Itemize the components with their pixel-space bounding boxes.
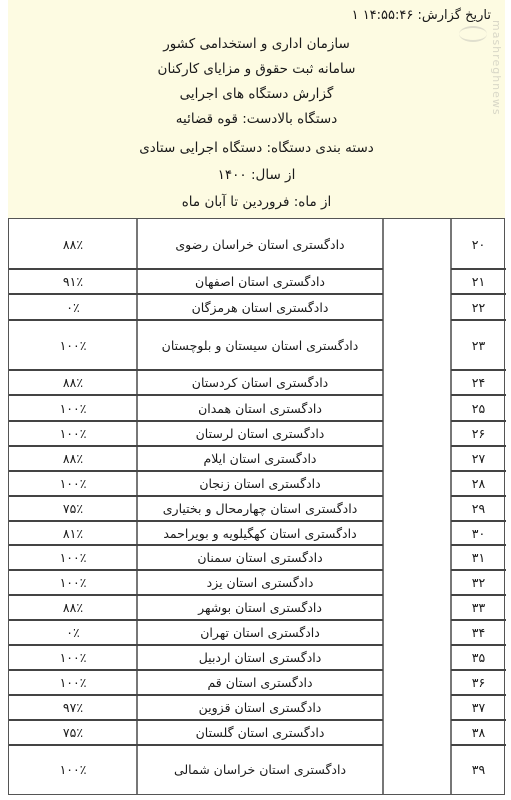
row-divider — [451, 644, 506, 646]
table-row: ۱۰۰٪دادگستری استان قم۳۶ — [9, 670, 504, 695]
table-row: ۹۱٪دادگستری استان اصفهان۲۱ — [9, 269, 504, 294]
row-divider — [9, 369, 383, 371]
percentage-cell: ۷۵٪ — [9, 720, 137, 745]
row-divider — [9, 719, 383, 721]
agency-name-cell: دادگستری استان سمنان — [137, 545, 383, 570]
row-divider — [9, 470, 383, 472]
percentage-cell: ۸۸٪ — [9, 219, 137, 269]
agency-name-cell: دادگستری استان خراسان رضوی — [137, 219, 383, 269]
row-number-cell: ۳۳ — [451, 595, 506, 620]
row-number-cell: ۲۷ — [451, 446, 506, 471]
agency-name-cell: دادگستری استان اصفهان — [137, 269, 383, 294]
table-row: ۹۷٪دادگستری استان قزوین۳۷ — [9, 695, 504, 720]
row-divider — [451, 445, 506, 447]
row-number-cell: ۲۰ — [451, 219, 506, 269]
table-row: ۱۰۰٪دادگستری استان سیستان و بلوچستان۲۳ — [9, 320, 504, 370]
percentage-cell: ۹۱٪ — [9, 269, 137, 294]
agency-name-cell: دادگستری استان همدان — [137, 395, 383, 421]
agency-name-cell: دادگستری استان بوشهر — [137, 595, 383, 620]
percentage-cell: ۸۱٪ — [9, 521, 137, 545]
row-number-cell: ۲۹ — [451, 496, 506, 521]
percentage-cell: ۱۰۰٪ — [9, 471, 137, 496]
agency-name-cell: دادگستری استان لرستان — [137, 421, 383, 446]
device-category: دسته بندی دستگاه: دستگاه اجرایی ستادی — [8, 140, 505, 156]
row-divider — [9, 569, 383, 571]
row-divider — [451, 495, 506, 497]
row-divider — [9, 644, 383, 646]
row-number-cell: ۲۲ — [451, 294, 506, 320]
row-divider — [9, 293, 383, 295]
row-divider — [451, 594, 506, 596]
row-divider — [9, 394, 383, 396]
table-row: ۰٪دادگستری استان تهران۳۴ — [9, 620, 504, 645]
row-divider — [451, 694, 506, 696]
percentage-cell: ۱۰۰٪ — [9, 745, 137, 794]
agency-name-cell: دادگستری استان ایلام — [137, 446, 383, 471]
row-divider — [9, 445, 383, 447]
row-number-cell: ۳۰ — [451, 521, 506, 545]
table-row: ۷۵٪دادگستری استان گلستان۳۸ — [9, 720, 504, 745]
table-row: ۱۰۰٪دادگستری استان لرستان۲۶ — [9, 421, 504, 446]
agency-name-cell: دادگستری استان کهگیلویه و بویراحمد — [137, 521, 383, 545]
row-number-cell: ۲۴ — [451, 370, 506, 395]
table-row: ۸۸٪دادگستری استان کردستان۲۴ — [9, 370, 504, 395]
agency-name-cell: دادگستری استان اردبیل — [137, 645, 383, 670]
percentage-cell: ۱۰۰٪ — [9, 395, 137, 421]
row-divider — [9, 619, 383, 621]
row-divider — [451, 369, 506, 371]
row-divider — [451, 268, 506, 270]
percentage-cell: ۱۰۰٪ — [9, 645, 137, 670]
row-divider — [9, 694, 383, 696]
row-divider — [9, 544, 383, 546]
row-divider — [9, 319, 383, 321]
percentage-cell: ۹۷٪ — [9, 695, 137, 720]
agency-name-cell: دادگستری استان قزوین — [137, 695, 383, 720]
row-divider — [9, 420, 383, 422]
table-row: ۱۰۰٪دادگستری استان همدان۲۵ — [9, 395, 504, 421]
report-header: تاریخ گزارش: ۱۴:۵۵:۴۶ ۱ mashreghnews ساز… — [8, 0, 505, 218]
table-row: ۱۰۰٪دادگستری استان اردبیل۳۵ — [9, 645, 504, 670]
row-divider — [9, 268, 383, 270]
row-number-cell: ۳۱ — [451, 545, 506, 570]
row-divider — [451, 520, 506, 522]
row-number-cell: ۳۴ — [451, 620, 506, 645]
table-row: ۸۸٪دادگستری استان بوشهر۳۳ — [9, 595, 504, 620]
row-divider — [451, 420, 506, 422]
row-divider — [451, 319, 506, 321]
table-row: ۱۰۰٪دادگستری استان خراسان شمالی۳۹ — [9, 745, 504, 794]
row-number-cell: ۳۷ — [451, 695, 506, 720]
row-divider — [451, 619, 506, 621]
agency-name-cell: دادگستری استان قم — [137, 670, 383, 695]
agency-name-cell: دادگستری استان کردستان — [137, 370, 383, 395]
agencies-table: ۸۸٪دادگستری استان خراسان رضوی۲۰۹۱٪دادگست… — [8, 218, 505, 795]
agency-name-cell: دادگستری استان چهارمحال و بختیاری — [137, 496, 383, 521]
table-row: ۸۸٪دادگستری استان ایلام۲۷ — [9, 446, 504, 471]
row-divider — [451, 470, 506, 472]
percentage-cell: ۱۰۰٪ — [9, 320, 137, 370]
percentage-cell: ۱۰۰٪ — [9, 570, 137, 595]
row-number-cell: ۲۱ — [451, 269, 506, 294]
report-date: تاریخ گزارش: ۱۴:۵۵:۴۶ ۱ — [352, 8, 491, 23]
year-range: از سال: ۱۴۰۰ — [8, 167, 505, 183]
table-row: ۱۰۰٪دادگستری استان زنجان۲۸ — [9, 471, 504, 496]
row-number-cell: ۳۹ — [451, 745, 506, 794]
table-row: ۱۰۰٪دادگستری استان سمنان۳۱ — [9, 545, 504, 570]
percentage-cell: ۱۰۰٪ — [9, 421, 137, 446]
percentage-cell: ۱۰۰٪ — [9, 670, 137, 695]
row-divider — [451, 719, 506, 721]
row-number-cell: ۳۸ — [451, 720, 506, 745]
row-number-cell: ۳۶ — [451, 670, 506, 695]
table-row: ۸۸٪دادگستری استان خراسان رضوی۲۰ — [9, 219, 504, 269]
agency-name-cell: دادگستری استان سیستان و بلوچستان — [137, 320, 383, 370]
row-divider — [451, 293, 506, 295]
report-title: گزارش دستگاه های اجرایی — [8, 86, 505, 102]
percentage-cell: ۰٪ — [9, 620, 137, 645]
table-row: ۸۱٪دادگستری استان کهگیلویه و بویراحمد۳۰ — [9, 521, 504, 545]
percentage-cell: ۸۸٪ — [9, 446, 137, 471]
row-number-cell: ۲۶ — [451, 421, 506, 446]
row-divider — [9, 520, 383, 522]
row-number-cell: ۳۵ — [451, 645, 506, 670]
parent-org: دستگاه بالادست: قوه قضائیه — [8, 111, 505, 127]
row-number-cell: ۳۲ — [451, 570, 506, 595]
percentage-cell: ۱۰۰٪ — [9, 545, 137, 570]
percentage-cell: ۸۸٪ — [9, 595, 137, 620]
row-divider — [451, 569, 506, 571]
agency-name-cell: دادگستری استان یزد — [137, 570, 383, 595]
row-number-cell: ۲۸ — [451, 471, 506, 496]
table-row: ۷۵٪دادگستری استان چهارمحال و بختیاری۲۹ — [9, 496, 504, 521]
agency-name-cell: دادگستری استان تهران — [137, 620, 383, 645]
row-number-cell: ۲۳ — [451, 320, 506, 370]
row-divider — [451, 744, 506, 746]
percentage-cell: ۷۵٪ — [9, 496, 137, 521]
agency-name-cell: دادگستری استان زنجان — [137, 471, 383, 496]
row-divider — [9, 669, 383, 671]
table-row: ۰٪دادگستری استان هرمزگان۲۲ — [9, 294, 504, 320]
row-number-cell: ۲۵ — [451, 395, 506, 421]
agency-name-cell: دادگستری استان گلستان — [137, 720, 383, 745]
system-name: سامانه ثبت حقوق و مزایای کارکنان — [8, 61, 505, 77]
row-divider — [451, 394, 506, 396]
agency-name-cell: دادگستری استان هرمزگان — [137, 294, 383, 320]
row-divider — [9, 495, 383, 497]
agency-name-cell: دادگستری استان خراسان شمالی — [137, 745, 383, 794]
month-range: از ماه: فروردین تا آبان ماه — [8, 194, 505, 210]
row-divider — [451, 669, 506, 671]
row-divider — [451, 544, 506, 546]
row-divider — [9, 744, 383, 746]
table-row: ۱۰۰٪دادگستری استان یزد۳۲ — [9, 570, 504, 595]
percentage-cell: ۰٪ — [9, 294, 137, 320]
percentage-cell: ۸۸٪ — [9, 370, 137, 395]
org-name: سازمان اداری و استخدامی کشور — [8, 36, 505, 52]
row-divider — [9, 594, 383, 596]
